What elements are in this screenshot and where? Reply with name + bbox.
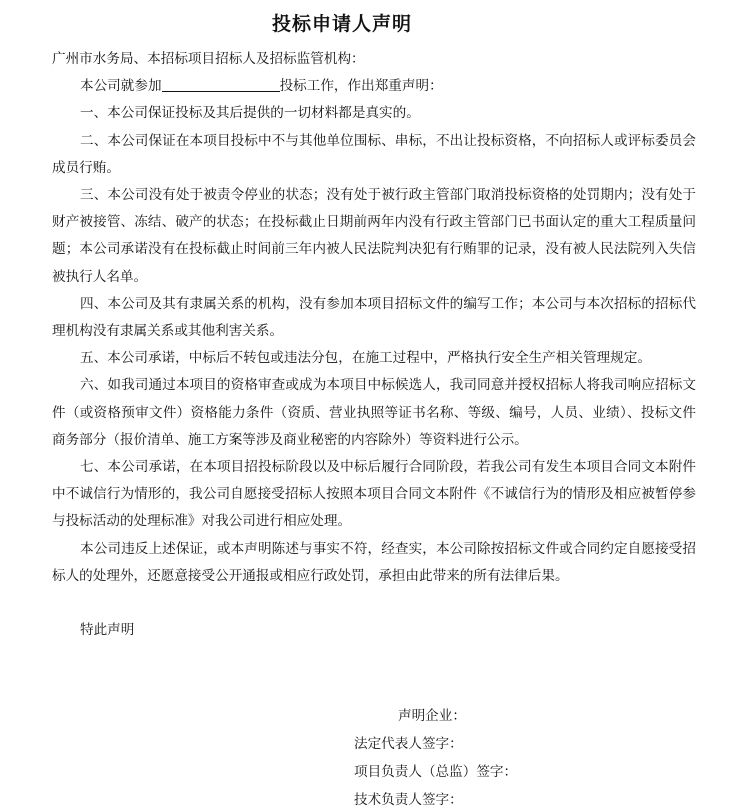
clause-7: 七、本公司承诺，在本项目招投标阶段以及中标后履行合同阶段，若我公司有发生本项目合… — [52, 454, 696, 536]
clause-6: 六、如我司通过本项目的资格审查或成为本项目中标候选人，我司同意并授权招标人将我司… — [52, 372, 696, 454]
clause-2: 二、本公司保证在本项目投标中不与其他单位围标、串标，不出让投标资格，不向招标人或… — [52, 128, 696, 182]
signature-company: 声明企业： — [354, 702, 517, 730]
intro-line: 本公司就参加投标工作，作出郑重声明： — [52, 73, 696, 100]
signature-project-manager: 项目负责人（总监）签字： — [354, 758, 517, 786]
clause-5: 五、本公司承诺，中标后不转包或违法分包，在施工过程中，严格执行安全生产相关管理规… — [52, 345, 696, 372]
closing-statement: 特此声明 — [52, 617, 696, 644]
violation-statement: 本公司违反上述保证，或本声明陈述与事实不符，经查实，本公司除按招标文件或合同约定… — [52, 536, 696, 590]
intro-before-blank: 本公司就参加 — [80, 78, 162, 94]
document-title: 投标申请人声明 — [0, 9, 684, 36]
clause-4: 四、本公司及其有隶属关系的机构，没有参加本项目招标文件的编写工作；本公司与本次招… — [52, 291, 696, 345]
signature-legal-rep: 法定代表人签字： — [354, 730, 517, 758]
signature-tech-lead: 技术负责人签字： — [354, 786, 517, 807]
intro-after-blank: 投标工作，作出郑重声明： — [280, 78, 443, 94]
clause-1: 一、本公司保证投标及其后提供的一切材料都是真实的。 — [52, 100, 696, 127]
project-name-blank[interactable] — [162, 77, 280, 92]
addressee: 广州市水务局、本招标项目招标人及招标监管机构： — [52, 46, 696, 73]
declaration-body: 广州市水务局、本招标项目招标人及招标监管机构： 本公司就参加投标工作，作出郑重声… — [52, 46, 696, 644]
signature-block: 声明企业： 法定代表人签字： 项目负责人（总监）签字： 技术负责人签字： — [354, 702, 517, 807]
spacer — [52, 590, 696, 617]
clause-3: 三、本公司没有处于被责令停业的状态；没有处于被行政主管部门取消投标资格的处罚期内… — [52, 182, 696, 291]
